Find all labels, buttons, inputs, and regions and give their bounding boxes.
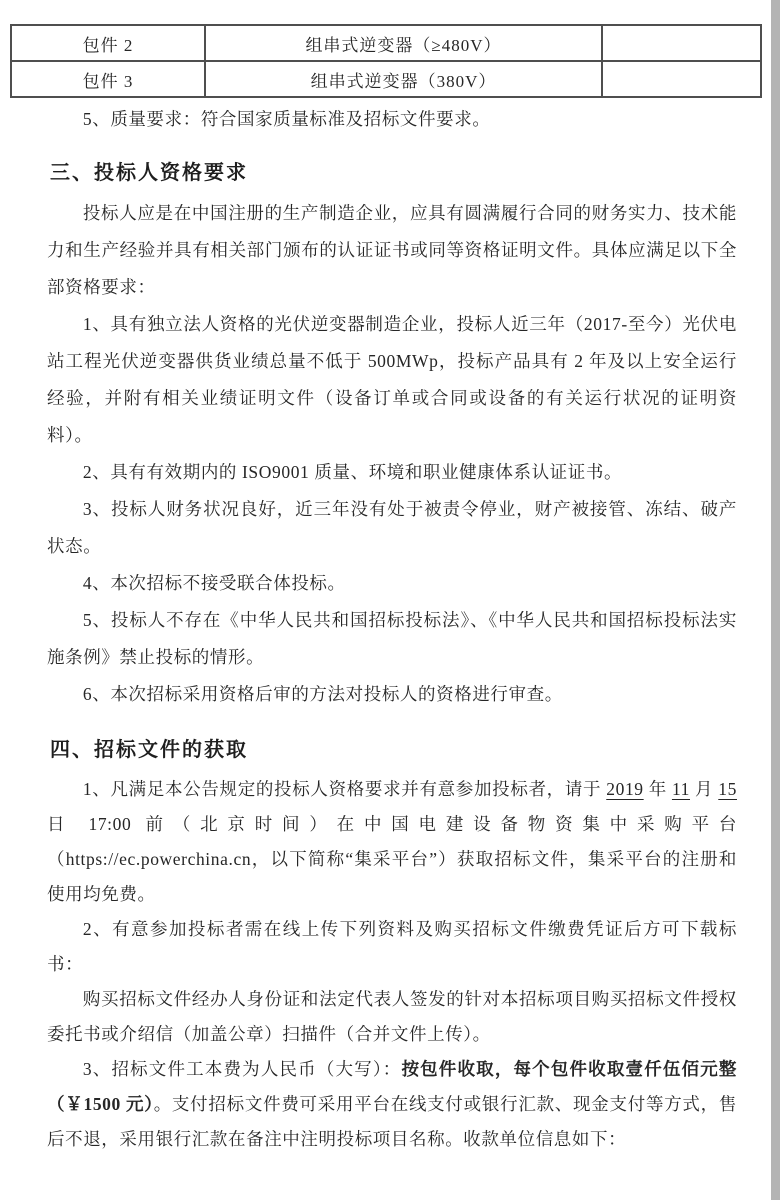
- deadline-day: 15: [718, 779, 737, 799]
- upload-materials-paragraph: 购买招标文件经办人身份证和法定代表人签发的针对本招标项目购买招标文件授权委托书或…: [47, 982, 737, 1052]
- deadline-month: 11: [672, 779, 690, 799]
- document-body: 5、质量要求：符合国家质量标准及招标文件要求。 三、投标人资格要求 投标人应是在…: [0, 102, 780, 1157]
- table-row: 包件 3 组串式逆变器（380V）: [11, 61, 761, 97]
- item-name-cell: 组串式逆变器（≥480V）: [205, 25, 602, 61]
- qualification-item-6: 6、本次招标采用资格后审的方法对投标人的资格进行审查。: [47, 676, 737, 713]
- acquisition-text-sep1: 年: [644, 779, 672, 799]
- section-3-heading: 三、投标人资格要求: [50, 156, 737, 185]
- doc-acquisition-paragraph: 1、凡满足本公告规定的投标人资格要求并有意参加投标者，请于 2019 年 11 …: [47, 772, 737, 912]
- acquisition-text-post: 日 17:00 前（北京时间）在中国电建设备物资集中采购平台（https://e…: [47, 814, 737, 904]
- fee-text-pre: 3、招标文件工本费为人民币（大写）：: [83, 1059, 402, 1079]
- item-name-cell: 组串式逆变器（380V）: [205, 61, 602, 97]
- package-label-cell: 包件 2: [11, 25, 205, 61]
- section-3-intro: 投标人应是在中国注册的生产制造企业，应具有圆满履行合同的财务实力、技术能力和生产…: [47, 195, 737, 306]
- scan-edge-shadow: [771, 0, 780, 1200]
- blank-cell: [602, 25, 761, 61]
- acquisition-text-pre: 1、凡满足本公告规定的投标人资格要求并有意参加投标者，请于: [83, 779, 606, 799]
- section-4-heading: 四、招标文件的获取: [50, 733, 737, 762]
- blank-cell: [602, 61, 761, 97]
- bid-packages-table: 包件 2 组串式逆变器（≥480V） 包件 3 组串式逆变器（380V）: [10, 24, 762, 98]
- acquisition-text-sep2: 月: [690, 779, 718, 799]
- upload-requirement-paragraph: 2、有意参加投标者需在线上传下列资料及购买招标文件缴费凭证后方可下载标书：: [47, 912, 737, 982]
- scanned-document-page: 包件 2 组串式逆变器（≥480V） 包件 3 组串式逆变器（380V） 5、质…: [0, 0, 780, 1200]
- quality-requirement-note: 5、质量要求：符合国家质量标准及招标文件要求。: [47, 102, 737, 136]
- package-label-cell: 包件 3: [11, 61, 205, 97]
- document-fee-paragraph: 3、招标文件工本费为人民币（大写）：按包件收取，每个包件收取壹仟伍佰元整（￥15…: [47, 1052, 737, 1157]
- qualification-item-3: 3、投标人财务状况良好，近三年没有处于被责令停业，财产被接管、冻结、破产状态。: [47, 491, 737, 565]
- deadline-year: 2019: [606, 779, 643, 799]
- qualification-item-5: 5、投标人不存在《中华人民共和国招标投标法》、《中华人民共和国招标投标法实施条例…: [47, 602, 737, 676]
- qualification-item-4: 4、本次招标不接受联合体投标。: [47, 565, 737, 602]
- table-row: 包件 2 组串式逆变器（≥480V）: [11, 25, 761, 61]
- section-4-body: 1、凡满足本公告规定的投标人资格要求并有意参加投标者，请于 2019 年 11 …: [47, 772, 737, 1157]
- qualification-item-1: 1、具有独立法人资格的光伏逆变器制造企业，投标人近三年（2017-至今）光伏电站…: [47, 306, 737, 454]
- qualification-item-2: 2、具有有效期内的 ISO9001 质量、环境和职业健康体系认证证书。: [47, 454, 737, 491]
